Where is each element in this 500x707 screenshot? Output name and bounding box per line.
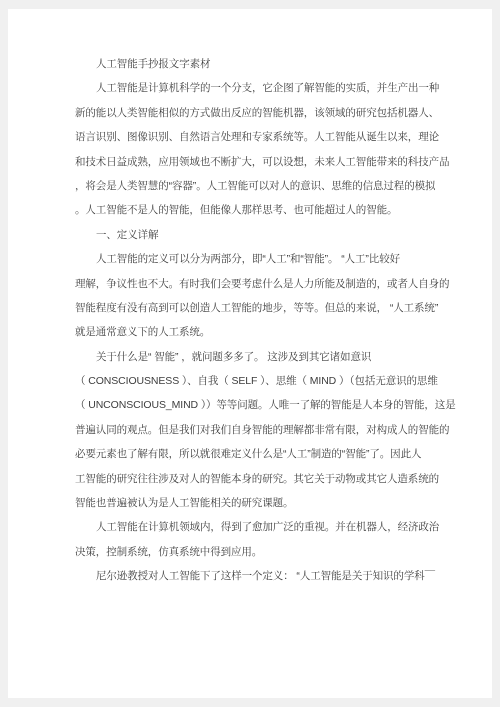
document-page: 人工智能手抄报文字素材人工智能是计算机科学的一个分支，它企图了解智能的实质，并生… bbox=[8, 9, 492, 698]
paragraph-intro-line: 人工智能是计算机科学的一个分支，它企图了解智能的实质，并生产出一种 bbox=[75, 76, 440, 100]
paragraph-intelligence-line: 关于什么是“ 智能” ，就问题多多了。 这涉及到其它诸如意识 bbox=[75, 345, 440, 369]
paragraph-intelligence-line: 智能也普遍被认为是人工智能相关的研究课题。 bbox=[75, 491, 440, 515]
doc-title-line: 人工智能手抄报文字素材 bbox=[75, 52, 440, 76]
section-heading-line: 一、定义详解 bbox=[75, 223, 440, 247]
paragraph-application-line: 人工智能在计算机领域内，得到了愈加广泛的重视。并在机器人，经济政治 bbox=[75, 515, 440, 539]
paragraph-definition-line: 人工智能的定义可以分为两部分，即“人工”和“智能”。 “人工”比较好 bbox=[75, 247, 440, 271]
paragraph-intelligence-line: 普遍认同的观点。但是我们对我们自身智能的理解都非常有限，对构成人的智能的 bbox=[75, 418, 440, 442]
paragraph-intro-line: 新的能以人类智能相似的方式做出反应的智能机器，该领域的研究包括机器人、 bbox=[75, 101, 440, 125]
page-background: 人工智能手抄报文字素材人工智能是计算机科学的一个分支，它企图了解智能的实质，并生… bbox=[0, 0, 500, 707]
paragraph-nilsson-line: 尼尔逊教授对人工智能下了这样一个定义： “人工智能是关于知识的学科￣ bbox=[75, 564, 440, 588]
paragraph-intelligence-line: 工智能的研究往往涉及对人的智能本身的研究。其它关于动物或其它人造系统的 bbox=[75, 467, 440, 491]
paragraph-intelligence-line: 必要元素也了解有限，所以就很难定义什么是“人工”制造的“智能”了。因此人 bbox=[75, 442, 440, 466]
paragraph-definition-line: 理解，争议性也不大。有时我们会要考虑什么是人力所能及制造的，或者人自身的 bbox=[75, 272, 440, 296]
paragraph-intelligence-line: （ CONSCIOUSNESS ）、自我（ SELF ）、思维（ MIND ）（… bbox=[75, 369, 440, 393]
paragraph-intro-line: 。人工智能不是人的智能，但能像人那样思考、也可能超过人的智能。 bbox=[75, 198, 440, 222]
paragraph-intro-line: 和技术日益成熟，应用领域也不断扩大，可以设想，未来人工智能带来的科技产品 bbox=[75, 150, 440, 174]
paragraph-intro-line: ，将会是人类智慧的“容器”。人工智能可以对人的意识、思维的信息过程的模拟 bbox=[75, 174, 440, 198]
paragraph-definition-line: 就是通常意义下的人工系统。 bbox=[75, 320, 440, 344]
paragraph-intro-line: 语言识别、图像识别、自然语言处理和专家系统等。人工智能从诞生以来，理论 bbox=[75, 125, 440, 149]
paragraph-intelligence-line: （ UNCONSCIOUS_MIND ））等等问题。人唯一了解的智能是人本身的智… bbox=[75, 393, 440, 417]
paragraph-application-line: 决策，控制系统，仿真系统中得到应用。 bbox=[75, 540, 440, 564]
document-body: 人工智能手抄报文字素材人工智能是计算机科学的一个分支，它企图了解智能的实质，并生… bbox=[8, 9, 492, 589]
paragraph-definition-line: 智能程度有没有高到可以创造人工智能的地步，等等。但总的来说， “人工系统” bbox=[75, 296, 440, 320]
